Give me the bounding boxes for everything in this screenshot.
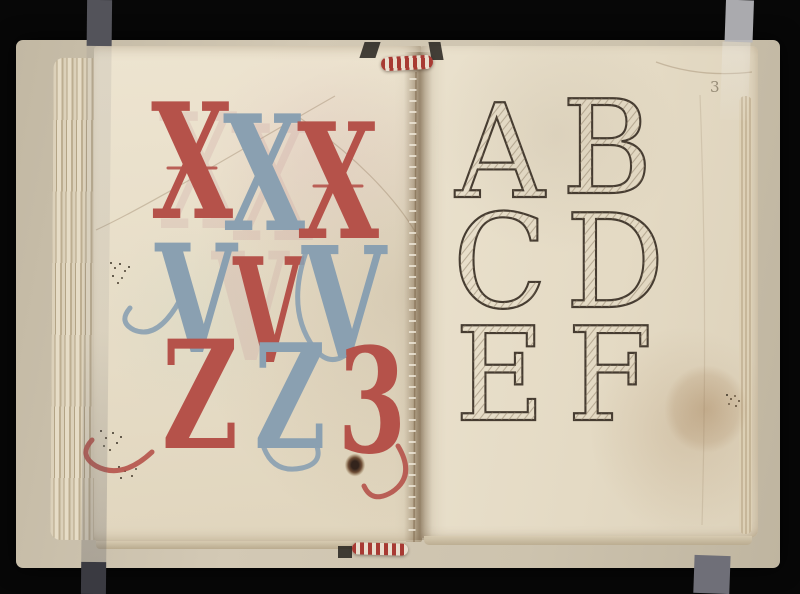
right-letter-e: E xyxy=(455,299,545,451)
headband xyxy=(381,55,434,72)
left-letter-9: 3 xyxy=(338,318,407,488)
manuscript-photo: X X V X X X V V V Z Z 3 A B C D E F xyxy=(0,0,800,594)
crease-line xyxy=(700,95,705,525)
gutter-crease xyxy=(414,72,416,542)
strap-segment xyxy=(720,41,751,120)
right-letter-f: F xyxy=(567,299,653,451)
left-letter-7: Z xyxy=(162,307,239,484)
tailband xyxy=(352,542,408,555)
manuscript-lettering: X X V X X X V V V Z Z 3 A B C D E F xyxy=(0,0,800,594)
strap-segment xyxy=(81,562,106,594)
strap-segment xyxy=(725,0,754,43)
strap-segment xyxy=(693,555,730,594)
strap-segment xyxy=(87,0,112,46)
repair-stitches xyxy=(412,78,413,538)
